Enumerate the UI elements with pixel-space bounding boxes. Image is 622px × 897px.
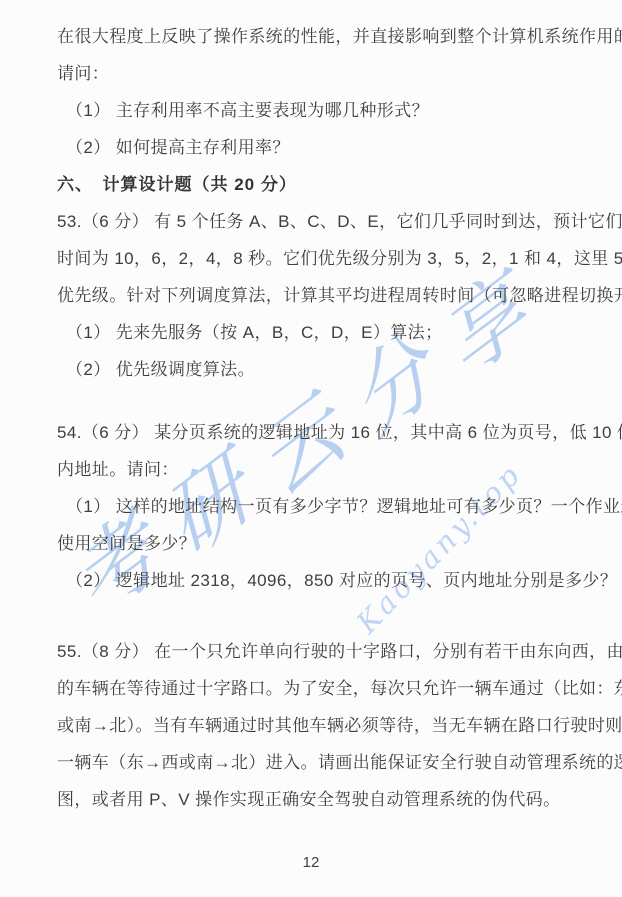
text-line: 一辆车（东→西或南→北）进入。请画出能保证安全行驶自动管理系统的逻辑框 <box>57 744 571 781</box>
paragraph-question-55: 55.（8 分） 在一个只允许单向行驶的十字路口，分别有若干由东向西，由南向北 … <box>57 633 571 818</box>
text-line: （1） 主存利用率不高主要表现为哪几种形式？ <box>57 92 571 129</box>
paragraph-question-53: 53.（6 分） 有 5 个任务 A、B、C、D、E，它们几乎同时到达，预计它们… <box>57 203 571 388</box>
text-line: （1） 先来先服务（按 A，B，C，D，E）算法； <box>57 314 571 351</box>
text-line: （2） 优先级调度算法。 <box>57 351 571 388</box>
text-line: （1） 这样的地址结构一页有多少字节？逻辑地址可有多少页？一个作业最大的 <box>57 488 571 525</box>
text-line: 优先级。针对下列调度算法，计算其平均进程周转时间（可忽略进程切换开销）。 <box>57 277 571 314</box>
paragraph-question-54: 54.（6 分） 某分页系统的逻辑地址为 16 位，其中高 6 位为页号，低 1… <box>57 414 571 599</box>
text-line: 请问： <box>57 55 571 92</box>
heading-line: 六、 计算设计题（共 20 分） <box>57 166 571 203</box>
text-line: 或南→北）。当有车辆通过时其他车辆必须等待，当无车辆在路口行驶时则允许 <box>57 707 571 744</box>
document-page: 考研云分享 Kaoyany.top 在很大程度上反映了操作系统的性能，并直接影响… <box>0 0 622 897</box>
text-line: 内地址。请问： <box>57 451 571 488</box>
text-line: 在很大程度上反映了操作系统的性能，并直接影响到整个计算机系统作用的发挥。 <box>57 18 571 55</box>
text-line: （2） 如何提高主存利用率？ <box>57 129 571 166</box>
text-line: 54.（6 分） 某分页系统的逻辑地址为 16 位，其中高 6 位为页号，低 1… <box>57 414 571 451</box>
text-layer: 在很大程度上反映了操作系统的性能，并直接影响到整个计算机系统作用的发挥。 请问：… <box>0 0 622 897</box>
text-line: 图，或者用 P、V 操作实现正确安全驾驶自动管理系统的伪代码。 <box>57 781 571 818</box>
text-line: 使用空间是多少？ <box>57 525 571 562</box>
text-line: 时间为 10，6，2，4，8 秒。它们优先级分别为 3，5，2，1 和 4，这里… <box>57 240 571 277</box>
text-line: 55.（8 分） 在一个只允许单向行驶的十字路口，分别有若干由东向西，由南向北 <box>57 633 571 670</box>
text-line: 53.（6 分） 有 5 个任务 A、B、C、D、E，它们几乎同时到达，预计它们… <box>57 203 571 240</box>
text-line: （2） 逻辑地址 2318，4096，850 对应的页号、页内地址分别是多少？ <box>57 562 571 599</box>
section-heading: 六、 计算设计题（共 20 分） <box>57 166 571 203</box>
text-line: 的车辆在等待通过十字路口。为了安全，每次只允许一辆车通过（比如：东→西 <box>57 670 571 707</box>
paragraph-intro: 在很大程度上反映了操作系统的性能，并直接影响到整个计算机系统作用的发挥。 请问：… <box>57 18 571 166</box>
page-number: 12 <box>0 853 622 873</box>
